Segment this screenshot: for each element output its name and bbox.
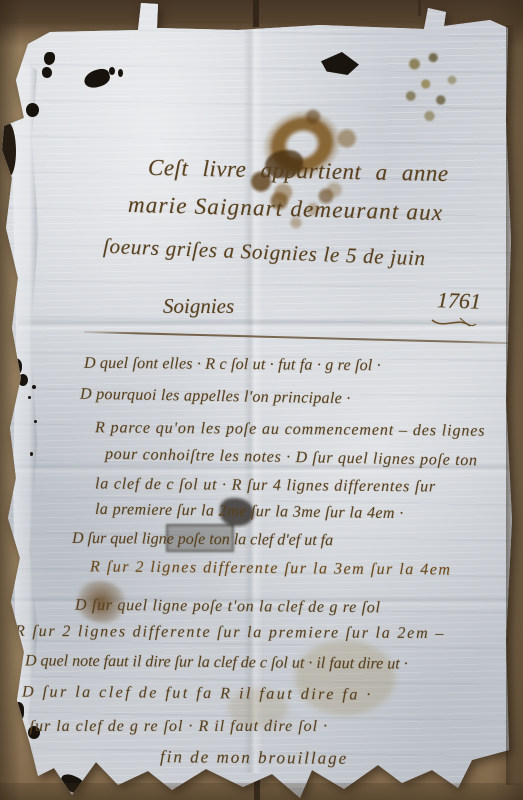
paper-hole xyxy=(118,69,123,77)
manuscript-line: pour conhoiſtre les notes · D ſur quel l… xyxy=(105,446,478,471)
ink-dot xyxy=(30,452,33,456)
manuscript-line: D quel note faut il dire ſur la clef de … xyxy=(25,652,408,673)
manuscript-line: D ſur quel ligne poſe t'on la clef de g … xyxy=(75,597,381,618)
paper-hole xyxy=(42,67,52,78)
dateline-year: 1761 xyxy=(437,287,482,315)
paper-hole xyxy=(6,358,22,376)
paper-hole xyxy=(26,103,39,117)
ink-dot xyxy=(32,385,36,389)
manuscript-heading-line: Ceſt livre appartient a anne xyxy=(148,155,449,187)
paper-hole xyxy=(18,374,28,386)
ink-dot xyxy=(34,420,37,423)
paper-hole xyxy=(109,67,115,75)
manuscript-line: R ſur 2 lignes differente ſur la 3em ſur… xyxy=(90,558,452,579)
manuscript-line: la clef de c ſol ut · R ſur 4 lignes dif… xyxy=(95,476,436,497)
manuscript-line: D ſur la clef de fut fa R il faut dire f… xyxy=(22,683,373,704)
paper-sheet: Ceſt livre appartient a anne marie Saign… xyxy=(0,0,523,800)
paper-surface: Ceſt livre appartient a anne marie Saign… xyxy=(0,0,523,800)
ink-dot xyxy=(28,396,31,399)
manuscript-line: D pourquoi les appelles l'on principale … xyxy=(80,386,351,409)
manuscript-line: la premiere ſur la 2me ſur la 3me ſur la… xyxy=(95,501,404,523)
manuscript-line: R parce qu'on les poſe au commencement –… xyxy=(95,419,486,440)
paper-hole xyxy=(38,780,52,792)
manuscript-line: D ſur quel ligne poſe ton la clef d'ef u… xyxy=(72,530,333,550)
manuscript-heading-line: marie Saignart demeurant aux xyxy=(128,192,444,226)
manuscript-line: D quel ſont elles · R c ſol ut · fut fa … xyxy=(84,355,381,376)
paper-hole xyxy=(90,790,102,798)
paper-hole xyxy=(58,772,88,796)
flourish-mark xyxy=(430,314,478,334)
speckle-stain xyxy=(392,48,467,128)
edge-tear xyxy=(0,122,16,177)
manuscript-line: D ſur la clef de g re ſol · R il faut di… xyxy=(12,718,328,736)
manuscript-heading-line: ſoeurs griſes a Soignies le 5 de juin xyxy=(103,234,427,271)
manuscript-line: R ſur 2 lignes differente ſur la premier… xyxy=(15,623,445,643)
manuscript-photo: Ceſt livre appartient a anne marie Saign… xyxy=(0,0,523,800)
closing-line: fin de mon brouillage xyxy=(160,747,348,769)
paper-hole xyxy=(10,762,28,784)
dateline-place: Soignies xyxy=(163,294,234,319)
paper-hole xyxy=(82,67,112,90)
paper-hole xyxy=(8,702,24,722)
paper-hole xyxy=(44,52,55,65)
paper-hole xyxy=(321,52,359,75)
